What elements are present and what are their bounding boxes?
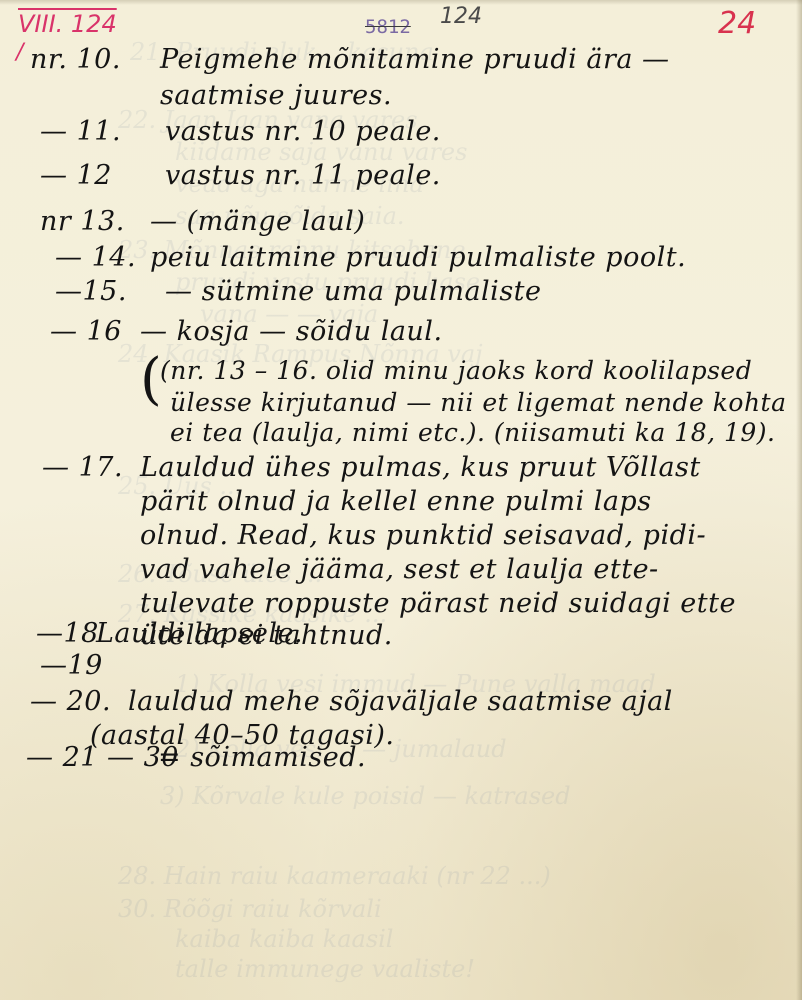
- page-edge-right: [796, 0, 802, 1000]
- entry-number: — 11.: [40, 116, 121, 147]
- entry-text: peiu laitmine pruudi pulmaliste poolt.: [150, 242, 686, 273]
- bleed-through-line: kaiba kaiba kaasil: [175, 925, 393, 953]
- entry-text: vastus nr. 10 peale.: [165, 116, 441, 147]
- entry-number: — 14.: [55, 242, 136, 273]
- red-margin-tick: /: [16, 40, 23, 65]
- page-edge-top: [0, 0, 802, 5]
- entry-text: — kosja — sõidu laul.: [140, 316, 443, 347]
- entry-number: nr 13.: [40, 206, 125, 237]
- entry-text: Lauldi lapsele.: [96, 618, 303, 649]
- entry-number: — 16: [50, 316, 122, 347]
- entry-text: — (mänge laul): [150, 206, 365, 237]
- entry-text: vastus nr. 11 peale.: [165, 160, 441, 191]
- entry-text: lauldud mehe sõjaväljale saatmise ajal: [128, 686, 673, 717]
- bleed-through-line: 28. Hain raiu kaameraaki (nr 22 ...): [118, 862, 551, 890]
- entry-text: saatmise juures.: [160, 80, 392, 111]
- entry-number: — 17.: [42, 452, 123, 483]
- page-number: 24: [718, 6, 756, 41]
- entry-text: Peigmehe mõnitamine pruudi ära —: [160, 44, 670, 75]
- entry-number: — 20.: [30, 686, 111, 717]
- bleed-through-line: 3) Kõrvale kule poisid — katrased: [160, 782, 571, 810]
- pencil-folio-number: 124: [440, 4, 482, 29]
- note-bracket: (: [140, 352, 162, 408]
- entry-text: — sütmine uma pulmaliste: [165, 276, 542, 307]
- struck-stamp-number: 5812: [365, 16, 411, 38]
- entry-number: —15.: [55, 276, 127, 307]
- note-text: (nr. 13 – 16. olid minu jaoks kord kooli…: [160, 356, 752, 385]
- archive-reference: VIII. 124: [18, 10, 117, 38]
- entry-text: olnud. Read, kus punktid seisavad, pidi-: [140, 520, 706, 551]
- note-text: ülesse kirjutanud — nii et ligemat nende…: [170, 388, 787, 417]
- entry-text: = sõimamised.: [158, 742, 366, 773]
- bleed-through-line: talle immunege vaaliste!: [175, 955, 475, 983]
- entry-text: tulevate roppuste pärast neid suidagi et…: [140, 588, 736, 619]
- entry-number: nr. 10.: [30, 44, 121, 75]
- entry-number: —19: [40, 650, 103, 681]
- note-text: ei tea (laulja, nimi etc.). (niisamuti k…: [170, 418, 776, 447]
- bleed-through-line: 30. Rõõgi raiu kõrvali: [118, 895, 382, 923]
- entry-number: —18: [36, 618, 99, 649]
- entry-number: — 21 — 30: [26, 742, 179, 773]
- entry-text: pärit olnud ja kellel enne pulmi laps: [140, 486, 652, 517]
- manuscript-page: 21. Pruudi eluk... kasuna 22. Jaan Jaan …: [0, 0, 802, 1000]
- entry-text: vad vahele jääma, sest et laulja ette-: [140, 554, 659, 585]
- entry-number: — 12: [40, 160, 112, 191]
- entry-text: Lauldud ühes pulmas, kus pruut Võllast: [140, 452, 701, 483]
